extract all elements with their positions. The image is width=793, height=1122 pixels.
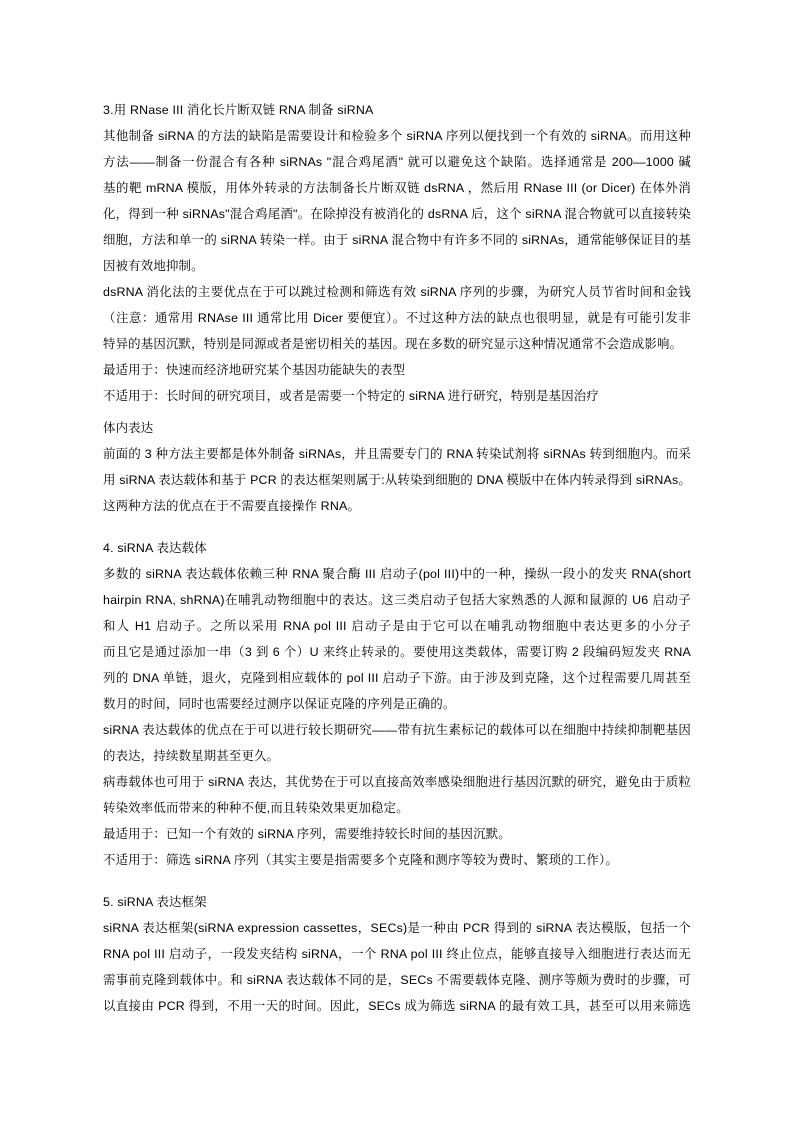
text-line: 这两种方法的优点在于不需要直接操作 RNA。 — [103, 493, 691, 519]
text-line: 特异的基因沉默，特别是同源或者是密切相关的基因。现在多数的研究显示这种情况通常不… — [103, 331, 691, 357]
text-line: 方法——制备一份混合有各种 siRNAs "混合鸡尾酒" 就可以避免这个缺陷。选… — [103, 149, 691, 175]
document-text-block: 3.用 RNase III 消化长片断双链 RNA 制备 siRNA其他制备 s… — [103, 97, 691, 1019]
paragraph-spacer — [103, 873, 691, 889]
text-line: 多数的 siRNA 表达载体依赖三种 RNA 聚合酶 III 启动子(pol I… — [103, 561, 691, 587]
text-line: 其他制备 siRNA 的方法的缺陷是需要设计和检验多个 siRNA 序列以便找到… — [103, 123, 691, 149]
text-line: 病毒载体也可用于 siRNA 表达，其优势在于可以直接高效率感染细胞进行基因沉默… — [103, 769, 691, 795]
text-line: hairpin RNA, shRNA)在哺乳动物细胞中的表达。这三类启动子包括大… — [103, 587, 691, 613]
section-heading: 3.用 RNase III 消化长片断双链 RNA 制备 siRNA — [103, 97, 691, 123]
text-line: 细胞，方法和单一的 siRNA 转染一样。由于 siRNA 混合物中有许多不同的… — [103, 227, 691, 253]
text-line: 数月的时间，同时也需要经过测序以保证克隆的序列是正确的。 — [103, 691, 691, 717]
text-line: （注意：通常用 RNAse III 通常比用 Dicer 要便宜）。不过这种方法… — [103, 305, 691, 331]
text-line: 前面的 3 种方法主要都是体外制备 siRNAs，并且需要专门的 RNA 转染试… — [103, 441, 691, 467]
paragraph-spacer — [103, 519, 691, 535]
text-line: 不适用于：筛选 siRNA 序列（其实主要是指需要多个克隆和测序等较为费时、繁琐… — [103, 847, 691, 873]
section-heading: 4. siRNA 表达载体 — [103, 535, 691, 561]
text-line: 和人 H1 启动子。之所以采用 RNA pol III 启动子是由于它可以在哺乳… — [103, 613, 691, 639]
text-line: 的表达，持续数星期甚至更久。 — [103, 743, 691, 769]
text-line: 最适用于：已知一个有效的 siRNA 序列，需要维持较长时间的基因沉默。 — [103, 821, 691, 847]
text-line: 列的 DNA 单链，退火，克隆到相应载体的 pol III 启动子下游。由于涉及… — [103, 665, 691, 691]
section-heading: 5. siRNA 表达框架 — [103, 889, 691, 915]
text-line: 基的靶 mRNA 模版，用体外转录的方法制备长片断双链 dsRNA ，然后用 R… — [103, 175, 691, 201]
text-line: dsRNA 消化法的主要优点在于可以跳过检测和筛选有效 siRNA 序列的步骤，… — [103, 279, 691, 305]
text-line: 需事前克隆到载体中。和 siRNA 表达载体不同的是，SECs 不需要载体克隆、… — [103, 967, 691, 993]
document-page: 3.用 RNase III 消化长片断双链 RNA 制备 siRNA其他制备 s… — [0, 0, 793, 1122]
text-line: siRNA 表达载体的优点在于可以进行较长期研究——带有抗生素标记的载体可以在细… — [103, 717, 691, 743]
text-line: 不适用于：长时间的研究项目，或者是需要一个特定的 siRNA 进行研究，特别是基… — [103, 383, 691, 409]
text-line: siRNA 表达框架(siRNA expression cassettes，SE… — [103, 915, 691, 941]
section-heading: 体内表达 — [103, 415, 691, 441]
text-line: 而且它是通过添加一串（3 到 6 个）U 来终止转录的。要使用这类载体，需要订购… — [103, 639, 691, 665]
text-line: 化，得到一种 siRNAs"混合鸡尾酒"。在除掉没有被消化的 dsRNA 后，这… — [103, 201, 691, 227]
text-line: 用 siRNA 表达载体和基于 PCR 的表达框架则属于:从转染到细胞的 DNA… — [103, 467, 691, 493]
text-line: 转染效率低而带来的种种不便,而且转染效果更加稳定。 — [103, 795, 691, 821]
text-line: 以直接由 PCR 得到，不用一天的时间。因此，SECs 成为筛选 siRNA 的… — [103, 993, 691, 1019]
text-line: 因被有效地抑制。 — [103, 253, 691, 279]
text-line: RNA pol III 启动子，一段发夹结构 siRNA，一个 RNA pol … — [103, 941, 691, 967]
text-line: 最适用于：快速而经济地研究某个基因功能缺失的表型 — [103, 357, 691, 383]
